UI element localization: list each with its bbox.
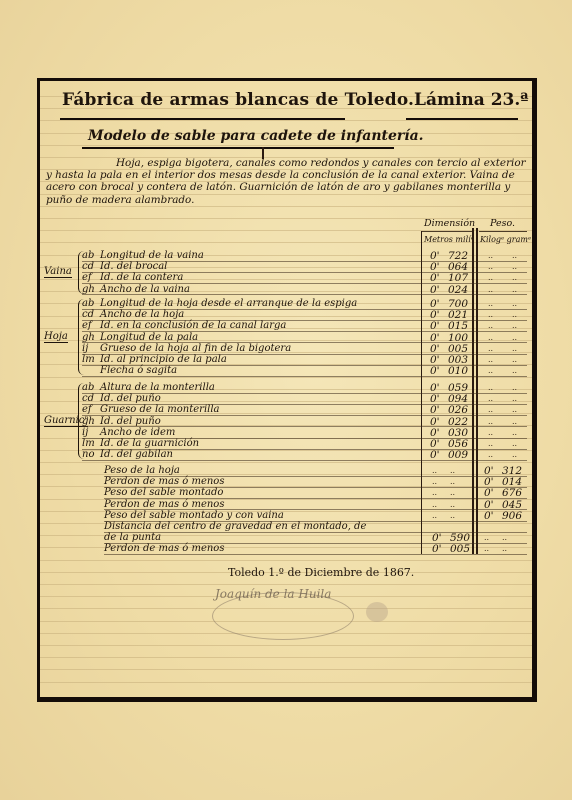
peso-kilograms: ..: [488, 298, 493, 310]
peso-grams: ..: [512, 393, 517, 405]
dimension-millimeters: 064: [448, 261, 468, 273]
peso-grams: ..: [512, 382, 517, 394]
peso-grams: ..: [502, 543, 507, 555]
header-rule: [479, 231, 527, 232]
peso-kilograms: ..: [488, 309, 493, 321]
peso-grams: ..: [512, 449, 517, 461]
peso-grams: ..: [512, 332, 517, 344]
peso-grams: ..: [512, 416, 517, 428]
dimension-meters: 0': [430, 332, 440, 344]
dimension-millimeters: 722: [448, 250, 468, 262]
dimension-meters: 0': [430, 261, 440, 273]
dimension-millimeters: ..: [450, 465, 455, 477]
peso-kilograms: ..: [488, 272, 493, 284]
dimension-meters: 0': [430, 250, 440, 262]
header-rule: [422, 231, 474, 232]
group-label: Vaina: [44, 266, 72, 278]
dimension-millimeters: 009: [448, 449, 468, 461]
peso-kilograms: ..: [488, 320, 493, 332]
peso-kilograms: ..: [488, 449, 493, 461]
dimension-meters: ..: [432, 476, 437, 488]
peso-grams: 676: [502, 487, 522, 499]
dimension-millimeters: 026: [448, 404, 468, 416]
title-underline: [60, 118, 345, 120]
dimension-meters: 0': [430, 354, 440, 366]
peso-grams: 045: [502, 499, 522, 511]
peso-kilograms: ..: [488, 284, 493, 296]
dimension-header: Dimensión: [424, 218, 475, 229]
dimension-millimeters: 100: [448, 332, 468, 344]
dimension-millimeters: 005: [450, 543, 470, 555]
document-subtitle: Modelo de sable para cadete de infanterí…: [88, 128, 424, 144]
peso-kilograms: 0': [484, 465, 494, 477]
dimension-millimeters: 022: [448, 416, 468, 428]
peso-kilograms: ..: [488, 416, 493, 428]
place-date: Toledo 1.º de Diciembre de 1867.: [228, 566, 414, 579]
peso-grams: ..: [512, 354, 517, 366]
dimension-millimeters: 056: [448, 438, 468, 450]
peso-header: Peso.: [490, 218, 515, 229]
peso-subheader: Kilogᵉ gramᵉ: [480, 235, 531, 244]
peso-kilograms: ..: [488, 404, 493, 416]
dimension-meters: 0': [430, 309, 440, 321]
peso-grams: ..: [512, 343, 517, 355]
dimension-meters: 0': [430, 438, 440, 450]
dimension-millimeters: ..: [450, 487, 455, 499]
dimension-meters: 0': [432, 543, 442, 555]
dimension-meters: ..: [432, 487, 437, 499]
peso-kilograms: ..: [488, 438, 493, 450]
peso-grams: 906: [502, 510, 522, 522]
peso-grams: ..: [512, 438, 517, 450]
dimension-millimeters: 700: [448, 298, 468, 310]
peso-grams: 312: [502, 465, 522, 477]
dimension-meters: ..: [432, 465, 437, 477]
dimension-meters: ..: [432, 510, 437, 522]
peso-kilograms: ..: [488, 332, 493, 344]
subtitle-underline: [82, 147, 394, 149]
peso-grams: ..: [512, 261, 517, 273]
column-divider: [472, 228, 474, 554]
peso-grams: ..: [512, 298, 517, 310]
dimension-subheader: Metros milíᵉ: [424, 235, 474, 244]
dimension-millimeters: 005: [448, 343, 468, 355]
paper-stain: [366, 602, 388, 622]
description-paragraph: Hoja, espiga bigotera, canales como redo…: [46, 157, 526, 206]
column-divider: [476, 228, 478, 554]
group-label: Hoja: [44, 331, 68, 343]
dimension-meters: 0': [430, 343, 440, 355]
peso-grams: ..: [512, 320, 517, 332]
peso-grams: ..: [512, 427, 517, 439]
peso-kilograms: ..: [488, 354, 493, 366]
dimension-meters: 0': [430, 416, 440, 428]
peso-kilograms: ..: [488, 343, 493, 355]
dimension-millimeters: 059: [448, 382, 468, 394]
peso-grams: ..: [512, 309, 517, 321]
dimension-millimeters: 030: [448, 427, 468, 439]
peso-grams: ..: [512, 250, 517, 262]
dimension-millimeters: 107: [448, 272, 468, 284]
dimension-meters: 0': [430, 404, 440, 416]
dimension-millimeters: 010: [448, 365, 468, 377]
dimension-meters: 0': [430, 284, 440, 296]
peso-kilograms: 0': [484, 476, 494, 488]
peso-kilograms: ..: [488, 365, 493, 377]
dimension-millimeters: 590: [450, 532, 470, 544]
dimension-meters: ..: [432, 499, 437, 511]
peso-grams: ..: [512, 404, 517, 416]
dimension-meters: 0': [430, 393, 440, 405]
dimension-meters: 0': [430, 382, 440, 394]
dimension-millimeters: 094: [448, 393, 468, 405]
dimension-meters: 0': [430, 365, 440, 377]
peso-grams: ..: [502, 532, 507, 544]
dimension-meters: 0': [430, 320, 440, 332]
document-title: Fábrica de armas blancas de Toledo.: [62, 90, 414, 110]
peso-grams: ..: [512, 365, 517, 377]
dimension-meters: 0': [430, 272, 440, 284]
peso-kilograms: ..: [488, 250, 493, 262]
peso-grams: 014: [502, 476, 522, 488]
peso-kilograms: ..: [488, 261, 493, 273]
peso-kilograms: ..: [488, 393, 493, 405]
peso-kilograms: 0': [484, 510, 494, 522]
peso-kilograms: ..: [488, 427, 493, 439]
dimension-millimeters: ..: [450, 499, 455, 511]
plate-number: Lámina 23.ª: [414, 90, 529, 110]
dimension-meters: 0': [430, 427, 440, 439]
peso-kilograms: ..: [488, 382, 493, 394]
dimension-meters: 0': [430, 298, 440, 310]
peso-kilograms: ..: [484, 543, 489, 555]
peso-grams: ..: [512, 272, 517, 284]
signature: Joaquín de la Huila: [215, 587, 331, 601]
peso-grams: ..: [512, 284, 517, 296]
peso-kilograms: 0': [484, 487, 494, 499]
dimension-meters: 0': [430, 449, 440, 461]
peso-kilograms: ..: [484, 532, 489, 544]
dimension-millimeters: ..: [450, 476, 455, 488]
peso-kilograms: 0': [484, 499, 494, 511]
dimension-millimeters: 024: [448, 284, 468, 296]
plate-underline: [406, 118, 518, 120]
dimension-millimeters: 003: [448, 354, 468, 366]
dimension-millimeters: 015: [448, 320, 468, 332]
dimension-meters: 0': [432, 532, 442, 544]
dimension-millimeters: 021: [448, 309, 468, 321]
dimension-millimeters: ..: [450, 510, 455, 522]
